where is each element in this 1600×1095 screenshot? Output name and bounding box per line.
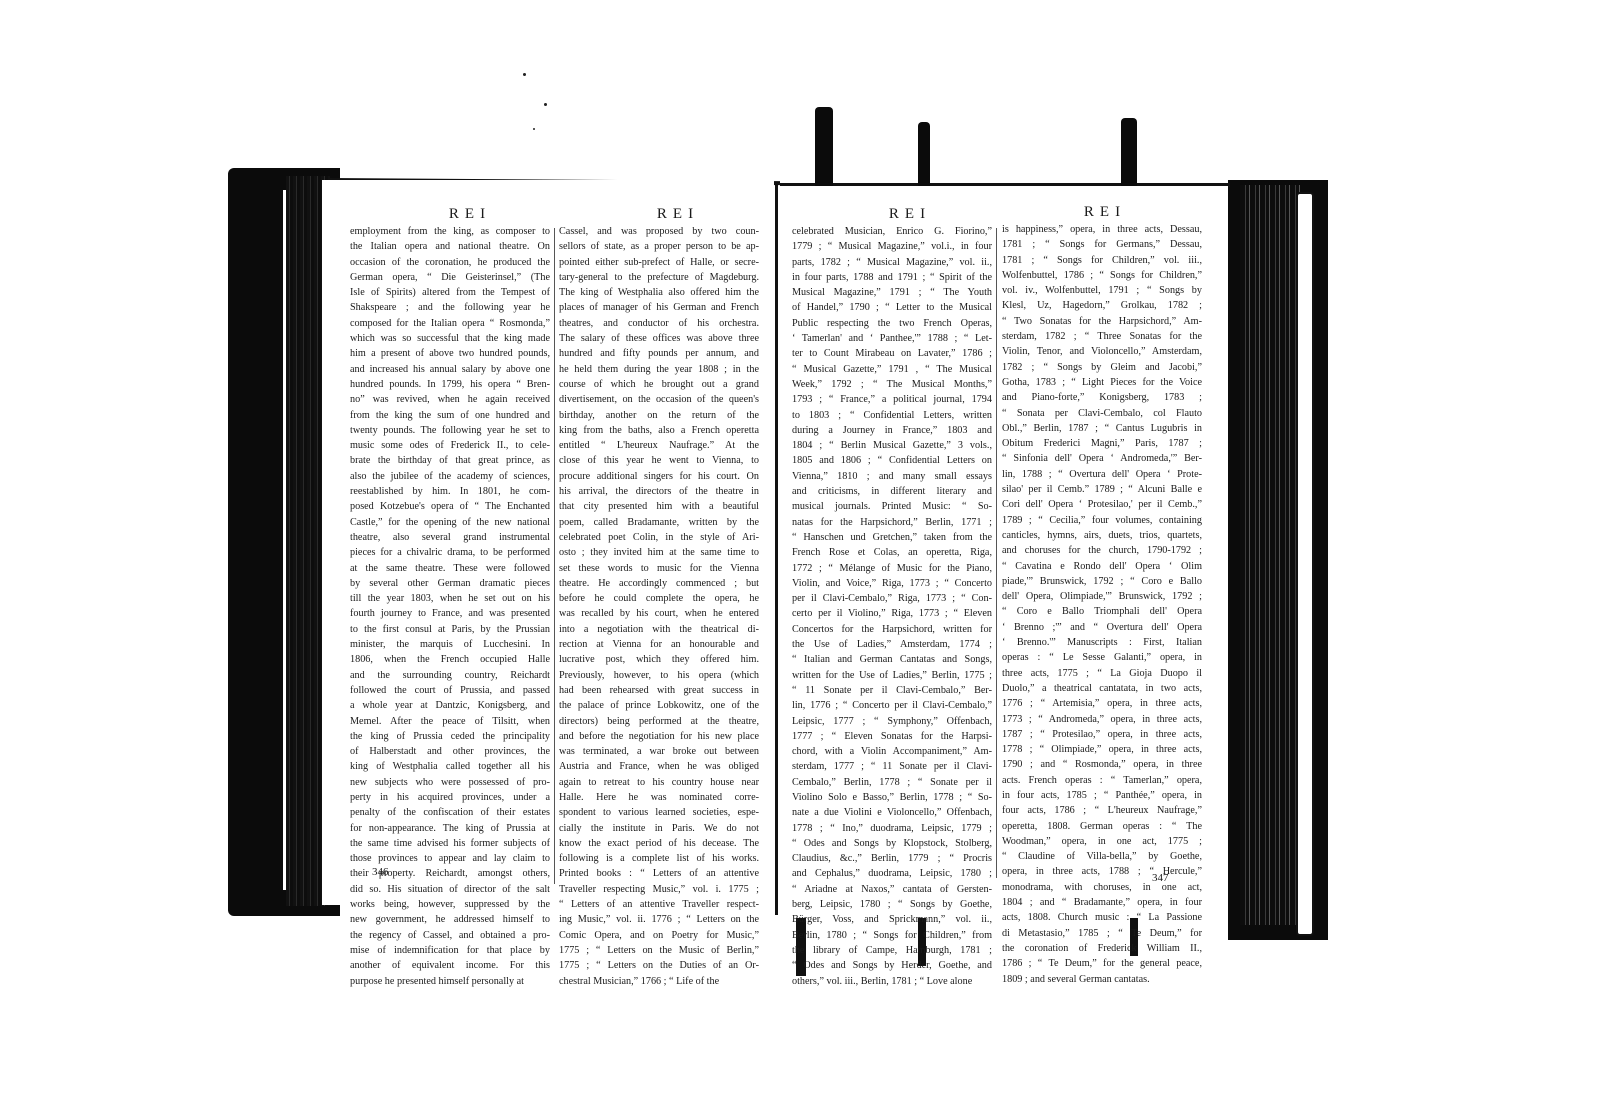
- text-line: Woodman,” opera, in one act, 1775 ;: [1002, 834, 1202, 849]
- scanned-book-spread: REI REI employment from the king, as com…: [0, 0, 1600, 1095]
- text-line: sterdam, 1777 ; “ 11 Sonate per il Clavi…: [792, 759, 992, 774]
- text-line: piade,'” Brunswick, 1792 ; “ Coro e Ball…: [1002, 574, 1202, 589]
- text-line: hundred pounds. In 1799, his opera “ Bre…: [350, 377, 550, 392]
- text-line: Halle. Here he was nominated corre-: [559, 790, 759, 805]
- text-line: others,” vol. iii., Berlin, 1781 ; “ Lov…: [792, 974, 992, 989]
- text-line: “ Letters of an attentive Traveller resp…: [559, 897, 759, 912]
- text-line: dell' Opera, Olimpiade,'” Brunswick, 179…: [1002, 589, 1202, 604]
- text-line: 1809 ; and several German cantatas.: [1002, 972, 1202, 987]
- text-line: 1781 ; “ Songs for Germans,” Dessau,: [1002, 237, 1202, 252]
- text-line: tary-general to the prefecture of Magdeb…: [559, 270, 759, 285]
- text-column-right-2: is happiness,” opera, in three acts, Des…: [1002, 222, 1202, 987]
- text-line: posed Kotzebue's opera of “ The Enchante…: [350, 499, 550, 514]
- text-line: the library of Campe, Hamburgh, 1781 ;: [792, 943, 992, 958]
- text-line: pointed either sub-prefect of Halle, or …: [559, 255, 759, 270]
- text-line: 1772 ; “ Mélange of Music for the Piano,: [792, 561, 992, 576]
- text-line: his arrival, the directors of the theatr…: [559, 484, 759, 499]
- text-line: “ Two Sonatas for the Harpsichord,” Am-: [1002, 314, 1202, 329]
- text-line: for non-appearance. The king of Prussia …: [350, 821, 550, 836]
- text-line: king from the baths, also a French opere…: [559, 423, 759, 438]
- text-line: composed for the Italian opera “ Rosmond…: [350, 316, 550, 331]
- text-column-right-1: celebrated Musician, Enrico G. Fiorino,”…: [792, 224, 992, 989]
- text-line: silao' per il Cemb.” 1789 ; “ Alcuni Bal…: [1002, 482, 1202, 497]
- text-line: new government, he addressed himself to: [350, 912, 550, 927]
- text-line: 1790 ; and “ Rosmonda,” opera, in three: [1002, 757, 1202, 772]
- scan-speck: [533, 128, 535, 130]
- text-line: also the jubilee of the academy of scien…: [350, 469, 550, 484]
- text-line: “ Sonata per Clavi-Cembalo, col Flauto: [1002, 406, 1202, 421]
- text-line: Violino Solo e Basso,” Berlin, 1778 ; “ …: [792, 790, 992, 805]
- text-line: Cassel, and was proposed by two coun-: [559, 224, 759, 239]
- text-line: monodrama, with choruses, in one act,: [1002, 880, 1202, 895]
- text-line: German opera, “ Die Geisterinsel,” (The: [350, 270, 550, 285]
- text-line: nate a due Violini e Violoncello,” Offen…: [792, 805, 992, 820]
- text-line: Memel. After the peace of Tilsitt, when: [350, 714, 550, 729]
- text-line: French Rose et Colas, an operetta, Riga,: [792, 545, 992, 560]
- text-line: Klesl, Uz, Hagedorn,” Grolkau, 1782 ;: [1002, 298, 1202, 313]
- text-line: that city presented him with a beautiful: [559, 499, 759, 514]
- text-line: per il Clavi-Cembalo,” Riga, 1773 ; “ Co…: [792, 591, 992, 606]
- text-line: purpose he presented himself personally …: [350, 974, 550, 989]
- text-line: sterdam, 1782 ; “ Three Sonatas for the: [1002, 329, 1202, 344]
- text-line: Duolo,” a theatrical cantatata, in two a…: [1002, 681, 1202, 696]
- text-line: Violin, Tenor, and Violoncello,” Amsterd…: [1002, 344, 1202, 359]
- text-line: spondent to various learned societies, e…: [559, 805, 759, 820]
- text-column-left-2: Cassel, and was proposed by two coun-sel…: [559, 224, 759, 989]
- text-line: and before the negotiation for his new p…: [559, 729, 759, 744]
- text-line: course of which he brought out a grand: [559, 377, 759, 392]
- text-line: did so. His situation of director of the…: [350, 882, 550, 897]
- text-line: Gotha, 1783 ; “ Light Pieces for the Voi…: [1002, 375, 1202, 390]
- text-line: in four acts, 1785 ; “ Panthée,” opera, …: [1002, 788, 1202, 803]
- text-line: him a present of above two hundred pound…: [350, 346, 550, 361]
- text-line: procure additional singers for his court…: [559, 469, 759, 484]
- column-rule: [554, 228, 555, 884]
- text-line: had been rehearsed with great success in: [559, 683, 759, 698]
- text-line: di Metastasio,” 1785 ; “ Te Deum,” for: [1002, 926, 1202, 941]
- left-page: REI REI employment from the king, as com…: [322, 180, 774, 905]
- text-line: music some odes of Frederick II., to cel…: [350, 438, 550, 453]
- text-line: rection at Vienna for an honourable and: [559, 637, 759, 652]
- text-line: celebrated Musician, Enrico G. Fiorino,”: [792, 224, 992, 239]
- text-line: vol. iv., Wolfenbuttel, 1791 ; “ Songs b…: [1002, 283, 1202, 298]
- text-line: into a negotiation with the theatrical d…: [559, 622, 759, 637]
- text-line: 1773 ; “ Andromeda,” opera, in three act…: [1002, 712, 1202, 727]
- text-line: and increased his annual salary by above…: [350, 362, 550, 377]
- text-line: 1782 ; “ Songs by Gleim and Jacobi,”: [1002, 360, 1202, 375]
- clamp-tab: [918, 122, 930, 187]
- text-line: natas for the Harpsichord,” Berlin, 1771…: [792, 515, 992, 530]
- text-line: no” was revived, when he again received: [350, 392, 550, 407]
- text-line: Berlin, 1780 ; “ Songs for Children,” fr…: [792, 928, 992, 943]
- text-line: 1775 ; “ Letters on the Duties of an Or-: [559, 958, 759, 973]
- running-header: REI: [578, 206, 778, 223]
- text-line: parts, 1782 ; “ Musical Magazine,” vol. …: [792, 255, 992, 270]
- text-line: directors) being performed at the theatr…: [559, 714, 759, 729]
- text-line: the coronation of Frederick William II.,: [1002, 941, 1202, 956]
- text-line: 1805 and 1806 ; “ Confidential Letters o…: [792, 453, 992, 468]
- text-line: fourth journey to France, and was presen…: [350, 606, 550, 621]
- text-line: entitled “ L'heureux Naufrage.” At the: [559, 438, 759, 453]
- text-line: was terminated, a war broke out between: [559, 744, 759, 759]
- text-line: perty in his acquired provinces, under a: [350, 790, 550, 805]
- text-line: lucrative post, which they offered him.: [559, 652, 759, 667]
- text-line: 1804 ; “ Berlin Musical Gazette,” 3 vols…: [792, 438, 992, 453]
- text-line: four acts, 1786 ; “ L'heureux Naufrage,”: [1002, 803, 1202, 818]
- text-line: celebrated poet Colin, in the style of A…: [559, 530, 759, 545]
- text-line: ter to Count Mirabeau on Lavater,” 1786 …: [792, 346, 992, 361]
- text-line: Week,” 1792 ; “ The Musical Months,”: [792, 377, 992, 392]
- text-line: and criticisms, in different literary an…: [792, 484, 992, 499]
- text-line: “ Musical Gazette,” 1791 , “ The Musical: [792, 362, 992, 377]
- text-line: 1779 ; “ Musical Magazine,” vol.i., in f…: [792, 239, 992, 254]
- text-line: employment from the king, as composer to: [350, 224, 550, 239]
- text-line: three acts, 1775 ; “ La Gioja Duopo il: [1002, 666, 1202, 681]
- text-line: Printed books : “ Letters of an attentiv…: [559, 866, 759, 881]
- text-line: followed the court of Prussia, and passe…: [350, 683, 550, 698]
- text-line: theatre, also several grand instrumental: [350, 530, 550, 545]
- text-line: sellors of state, as a proper person to …: [559, 239, 759, 254]
- text-line: works being, however, suppressed by the: [350, 897, 550, 912]
- text-line: Previously, however, to his opera (which: [559, 668, 759, 683]
- text-line: the regency of Cassel, and obtained a pr…: [350, 928, 550, 943]
- text-line: during a Journey in France,” 1803 and: [792, 423, 992, 438]
- text-line: Claudius, &c.,” Berlin, 1779 ; “ Procris: [792, 851, 992, 866]
- text-line: Obl.,” Berlin, 1787 ; “ Cantus Lugubris …: [1002, 421, 1202, 436]
- text-line: from the king the sum of one hundred and: [350, 408, 550, 423]
- right-page: REI REI celebrated Musician, Enrico G. F…: [780, 186, 1228, 918]
- text-line: Bürger, Voss, and Sprickmann,” vol. ii.,: [792, 912, 992, 927]
- text-line: a whole year at Dantzic, Konigsberg, and: [350, 698, 550, 713]
- text-line: acts. French operas : “ Tamerlan,” opera…: [1002, 773, 1202, 788]
- text-line: know the exact period of his decease. Th…: [559, 836, 759, 851]
- text-line: cially the institute in Paris. We do not: [559, 821, 759, 836]
- text-line: ing Music,” vol. ii. 1776 ; “ Letters on…: [559, 912, 759, 927]
- text-line: “ Cavatina e Rondo dell' Opera ‘ Olim: [1002, 559, 1202, 574]
- text-line: Violin, and Voice,” Riga, 1773 ; “ Conce…: [792, 576, 992, 591]
- text-line: hundred and fifty pounds per annum, and: [559, 346, 759, 361]
- clamp-tab: [815, 107, 833, 187]
- text-line: poem, called Bradamante, written by the: [559, 515, 759, 530]
- text-line: ‘ Brenno.'” Manuscripts : First, Italian: [1002, 635, 1202, 650]
- text-line: was recalled by his court, when he enter…: [559, 606, 759, 621]
- text-line: minister, the marquis of Lucchesini. In: [350, 637, 550, 652]
- text-line: ‘ Brenno ;'” and “ Overtura dell' Opera: [1002, 620, 1202, 635]
- text-line: acts, 1808. Church music : “ La Passione: [1002, 910, 1202, 925]
- text-line: Cembalo,” Berlin, 1778 ; “ Sonate per il: [792, 775, 992, 790]
- text-line: the palace of prince Lobkowitz, one of t…: [559, 698, 759, 713]
- text-line: the king of Prussia ceded the principali…: [350, 729, 550, 744]
- text-line: opera, in three acts, 1788 ; “ Hercule,”: [1002, 864, 1202, 879]
- text-line: “ Coro e Ballo Triomphali dell' Opera: [1002, 604, 1202, 619]
- text-line: 1786 ; “ Te Deum,” for the general peace…: [1002, 956, 1202, 971]
- text-line: following is a complete list of his work…: [559, 851, 759, 866]
- text-line: The salary of these offices was above th…: [559, 331, 759, 346]
- text-line: “ Sinfonia dell' Opera ‘ Andromeda,'” Be…: [1002, 451, 1202, 466]
- text-line: pieces for a chivalric drama, to be perf…: [350, 545, 550, 560]
- text-line: 1778 ; “ Olimpiade,” opera, in three act…: [1002, 742, 1202, 757]
- text-line: brate the birthday of that great prince,…: [350, 453, 550, 468]
- text-line: mise of indemnification for that place b…: [350, 943, 550, 958]
- text-line: occasion of the coronation, he produced …: [350, 255, 550, 270]
- text-line: the same time advised his former subject…: [350, 836, 550, 851]
- book-right-page-stack: [1240, 185, 1300, 925]
- text-line: “ Italian and German Cantatas and Songs,: [792, 652, 992, 667]
- column-rule: [996, 228, 997, 878]
- text-line: The king of Westphalia also offered him …: [559, 285, 759, 300]
- text-line: penalty of the confiscation of their est…: [350, 805, 550, 820]
- text-line: 1793 ; “ France,” a political journal, 1…: [792, 392, 992, 407]
- text-line: “ Odes and Songs by Klopstock, Stolberg,: [792, 836, 992, 851]
- text-line: in four parts, 1788 and 1791 ; “ Spirit …: [792, 270, 992, 285]
- text-line: divertisement, on the occasion of the qu…: [559, 392, 759, 407]
- text-line: operas : “ Le Sesse Galanti,” opera, in: [1002, 650, 1202, 665]
- text-line: musical journals. Printed Music: “ So-: [792, 499, 992, 514]
- text-line: Isle of Spirits) altered from the Tempes…: [350, 285, 550, 300]
- text-line: twenty pounds. The following year he set…: [350, 423, 550, 438]
- text-line: berg, Leipsic, 1780 ; “ Songs by Goethe,: [792, 897, 992, 912]
- text-line: 1806, when the French occupied Halle: [350, 652, 550, 667]
- text-line: of Handel,” 1790 ; “ Letter to the Music…: [792, 300, 992, 315]
- text-line: 1776 ; “ Artemisia,” opera, in three act…: [1002, 696, 1202, 711]
- text-line: king of Westphalia called together all h…: [350, 759, 550, 774]
- text-line: 1777 ; “ Eleven Sonatas for the Harpsi-: [792, 729, 992, 744]
- text-line: Comic Opera, and on Poetry for Music,”: [559, 928, 759, 943]
- text-line: 1787 ; “ Protesilao,” opera, in three ac…: [1002, 727, 1202, 742]
- text-line: 1789 ; “ Cecilia,” four volumes, contain…: [1002, 513, 1202, 528]
- text-line: set these words to music for the Vienna: [559, 561, 759, 576]
- text-line: 1804 ; and “ Bradamante,” opera, in four: [1002, 895, 1202, 910]
- text-line: “ Ariadne at Naxos,” cantata of Gersten-: [792, 882, 992, 897]
- text-line: Obitum Frederici Magni,” Paris, 1787 ;: [1002, 436, 1202, 451]
- text-line: Concertos for the Harpsichord, written f…: [792, 622, 992, 637]
- running-header: REI: [810, 206, 1010, 223]
- book-spine: [775, 185, 778, 915]
- book-left-edge-highlight: [283, 190, 286, 890]
- text-line: Vienna,” 1810 ; and many small essays: [792, 469, 992, 484]
- text-line: “ Claudine of Villa-bella,” by Goethe,: [1002, 849, 1202, 864]
- scan-speck: [523, 73, 526, 76]
- text-line: theatres, and conductor of his orchestra…: [559, 316, 759, 331]
- text-line: birthday, another on the return of the: [559, 408, 759, 423]
- text-line: and the surrounding country, Reichardt: [350, 668, 550, 683]
- text-line: close of this year he went to Vienna, to: [559, 453, 759, 468]
- text-line: operetta, 1808. German operas : “ The: [1002, 819, 1202, 834]
- text-line: and Piano-forte,” Konigsberg, 1783 ;: [1002, 390, 1202, 405]
- text-line: Wolfenbuttel, 1786 ; “ Songs for Childre…: [1002, 268, 1202, 283]
- text-line: those provinces to appear and lay claim …: [350, 851, 550, 866]
- text-line: Public respecting the two French Operas,: [792, 316, 992, 331]
- page-number: 346: [372, 866, 389, 878]
- book-right-cover-strip: [1296, 192, 1314, 936]
- page-number: 347: [1152, 872, 1169, 884]
- text-line: Austria and France, when he was obliged: [559, 759, 759, 774]
- running-header: REI: [1005, 204, 1205, 221]
- text-line: which was so successful that the king ma…: [350, 331, 550, 346]
- text-line: and choruses for the church, 1790-1792 ;: [1002, 543, 1202, 558]
- text-line: lin, 1776 ; “ Concerto per il Clavi-Cemb…: [792, 698, 992, 713]
- text-line: of Halberstadt and other provinces, the: [350, 744, 550, 759]
- text-line: the Italian opera and national theatre. …: [350, 239, 550, 254]
- text-line: 1781 ; “ Songs for Children,” vol. iii.,: [1002, 253, 1202, 268]
- text-line: 1778 ; “ Ino,” duodrama, Leipsic, 1779 ;: [792, 821, 992, 836]
- text-line: theatre. He accordingly commenced ; but: [559, 576, 759, 591]
- text-line: chord, with a Violin Accompaniment,” Am-: [792, 744, 992, 759]
- text-line: osto ; they invited him at the same time…: [559, 545, 759, 560]
- text-line: written for the Use of Ladies,” Berlin, …: [792, 668, 992, 683]
- text-line: Cori dell' Opera ‘ Protesilao,' per il C…: [1002, 497, 1202, 512]
- text-line: Traveller respecting Music,” vol. i. 177…: [559, 882, 759, 897]
- text-line: Leipsic, 1777 ; “ Symphony,” Offenbach,: [792, 714, 992, 729]
- text-line: Castle,” for the opening of the new nati…: [350, 515, 550, 530]
- text-line: and Cephalus,” duodrama, Leipsic, 1780 ;: [792, 866, 992, 881]
- text-line: “ Odes and Songs by Herder, Goethe, and: [792, 958, 992, 973]
- text-line: by several other German dramatic pieces: [350, 576, 550, 591]
- text-line: canticles, hymns, airs, duets, trios, qu…: [1002, 528, 1202, 543]
- text-line: till the year 1803, when he set out on h…: [350, 591, 550, 606]
- text-line: to 1803 ; “ Confidential Letters, writte…: [792, 408, 992, 423]
- text-line: Musical Magazine,” 1791 ; “ The Youth: [792, 285, 992, 300]
- text-line: reestablished by him. In 1801, he com-: [350, 484, 550, 499]
- text-line: “ Hanschen und Gretchen,” taken from the: [792, 530, 992, 545]
- text-line: lin, 1788 ; “ Overtura dell' Opera ‘ Pro…: [1002, 467, 1202, 482]
- text-line: 1775 ; “ Letters on the Music of Berlin,…: [559, 943, 759, 958]
- text-line: “ 11 Sonate per il Clavi-Cembalo,” Ber-: [792, 683, 992, 698]
- text-line: the Use of Ladies,” Amsterdam, 1774 ;: [792, 637, 992, 652]
- text-line: ‘ Tamerlan' and ‘ Panthee,'” 1788 ; “ Le…: [792, 331, 992, 346]
- text-line: another of equivalent income. For this: [350, 958, 550, 973]
- text-line: places of manager of his German and Fren…: [559, 300, 759, 315]
- text-line: chestral Musician,” 1766 ; “ Life of the: [559, 974, 759, 989]
- scan-speck: [544, 103, 547, 106]
- clamp-tab: [1121, 118, 1137, 188]
- text-line: new subjects who were possessed of pro-: [350, 775, 550, 790]
- text-line: is happiness,” opera, in three acts, Des…: [1002, 222, 1202, 237]
- text-line: Shakspeare ; and the following year he: [350, 300, 550, 315]
- text-line: again to retreat to his country house ne…: [559, 775, 759, 790]
- running-header: REI: [370, 206, 570, 223]
- text-line: he held them during the year 1808 ; in t…: [559, 362, 759, 377]
- text-line: to the first consul at Paris, by the Pru…: [350, 622, 550, 637]
- text-line: certo per il Violino,” Riga, 1773 ; “ El…: [792, 606, 992, 621]
- text-line: at the same theatre. These were followed: [350, 561, 550, 576]
- text-line: before he could complete the opera, he: [559, 591, 759, 606]
